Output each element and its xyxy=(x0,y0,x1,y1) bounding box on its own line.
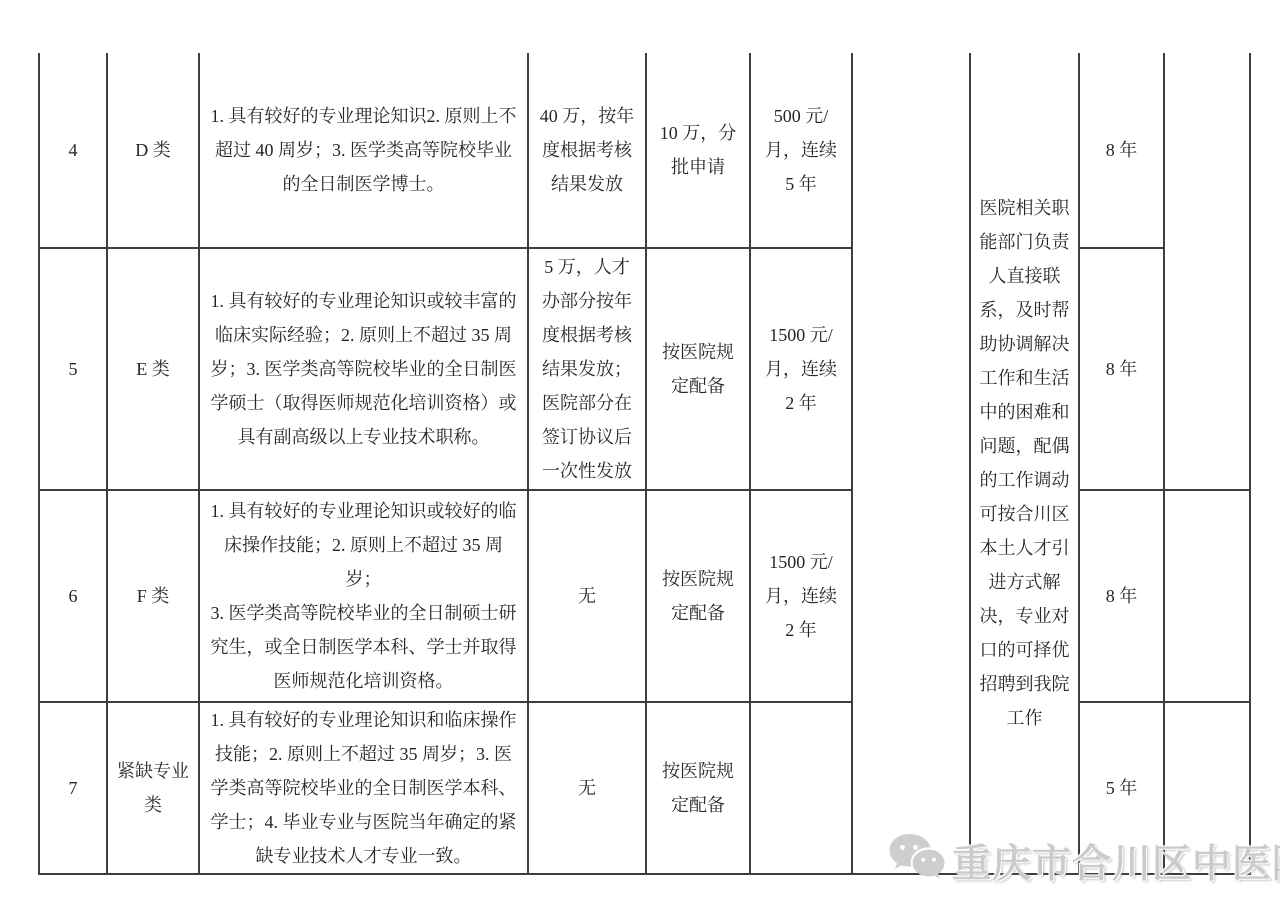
cell-research-fund: 按医院规定配备 xyxy=(646,702,750,874)
cell-service-years: 8 年 xyxy=(1079,53,1164,248)
cell-support-services: 医院相关职能部门负责人直接联系，及时帮助协调解决工作和生活中的困难和问题，配偶的… xyxy=(970,53,1079,874)
cell-requirements: 1. 具有较好的专业理论知识2. 原则上不超过 40 周岁；3. 医学类高等院校… xyxy=(199,53,528,248)
cell-category: E 类 xyxy=(107,248,199,490)
cell-service-years: 5 年 xyxy=(1079,702,1164,874)
cell-empty-tail xyxy=(1164,53,1250,490)
cell-research-fund: 10 万，分批申请 xyxy=(646,53,750,248)
cell-service-years: 8 年 xyxy=(1079,248,1164,490)
cell-empty-column xyxy=(852,53,970,874)
talent-policy-table: 4 D 类 1. 具有较好的专业理论知识2. 原则上不超过 40 周岁；3. 医… xyxy=(38,53,1251,875)
cell-empty-tail xyxy=(1164,702,1250,874)
cell-category: 紧缺专业类 xyxy=(107,702,199,874)
cell-settling-allowance: 5 万，人才办部分按年度根据考核结果发放；医院部分在签订协议后一次性发放 xyxy=(528,248,646,490)
cell-monthly-subsidy: 1500 元/月，连续 2 年 xyxy=(750,490,852,702)
cell-seq: 5 xyxy=(39,248,107,490)
cell-requirements: 1. 具有较好的专业理论知识或较丰富的临床实际经验；2. 原则上不超过 35 周… xyxy=(199,248,528,490)
cell-settling-allowance: 无 xyxy=(528,490,646,702)
cell-research-fund: 按医院规定配备 xyxy=(646,490,750,702)
cell-settling-allowance: 无 xyxy=(528,702,646,874)
cell-seq: 7 xyxy=(39,702,107,874)
cell-empty-tail xyxy=(1164,490,1250,702)
cell-requirements: 1. 具有较好的专业理论知识和临床操作技能；2. 原则上不超过 35 周岁；3.… xyxy=(199,702,528,874)
cell-requirements: 1. 具有较好的专业理论知识或较好的临床操作技能；2. 原则上不超过 35 周岁… xyxy=(199,490,528,702)
cell-seq: 6 xyxy=(39,490,107,702)
document-page: 4 D 类 1. 具有较好的专业理论知识2. 原则上不超过 40 周岁；3. 医… xyxy=(0,0,1280,923)
cell-service-years: 8 年 xyxy=(1079,490,1164,702)
cell-category: D 类 xyxy=(107,53,199,248)
cell-monthly-subsidy: 500 元/月，连续 5 年 xyxy=(750,53,852,248)
cell-settling-allowance: 40 万，按年度根据考核结果发放 xyxy=(528,53,646,248)
cell-research-fund: 按医院规定配备 xyxy=(646,248,750,490)
cell-seq: 4 xyxy=(39,53,107,248)
cell-monthly-subsidy: 1500 元/月，连续 2 年 xyxy=(750,248,852,490)
cell-monthly-subsidy xyxy=(750,702,852,874)
table-row: 4 D 类 1. 具有较好的专业理论知识2. 原则上不超过 40 周岁；3. 医… xyxy=(39,53,1250,248)
cell-category: F 类 xyxy=(107,490,199,702)
